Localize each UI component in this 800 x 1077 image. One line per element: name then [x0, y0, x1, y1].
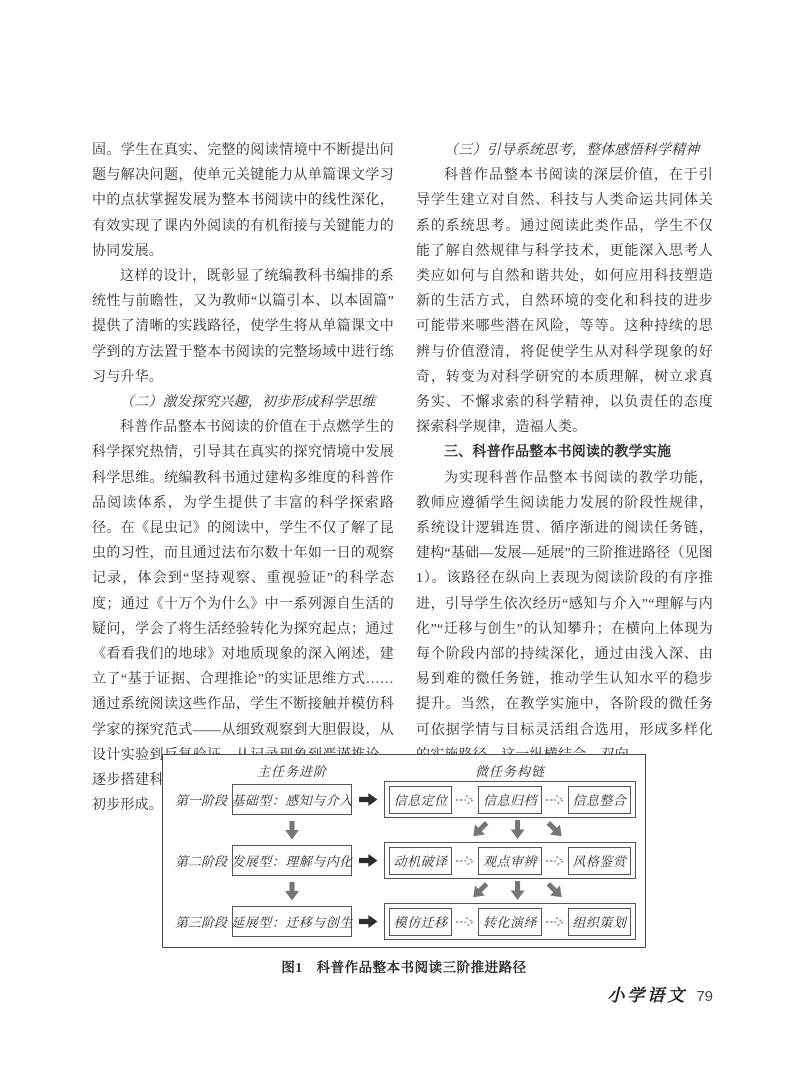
main-task-box: 延展型：迁移与创生 — [232, 906, 352, 937]
down-left-arrow-icon — [468, 818, 491, 841]
figure-1-diagram: 主任务进阶 微任务构链 第一阶段 基础型：感知与介入 信息定位 信息归档 信息整… — [162, 754, 646, 948]
micro-task-box: 模仿迁移 — [389, 908, 452, 936]
diagram-row-stage-2: 第二阶段 发展型：理解与内化 动机破译 观点审辨 风格鉴赏 — [172, 842, 636, 879]
paragraph: 为实现科普作品整本书阅读的教学功能，教师应遵循学生阅读能力发展的阶段性规律，系统… — [416, 466, 713, 768]
dashed-right-arrow-icon — [542, 915, 568, 929]
micro-task-group: 模仿迁移 转化演绎 组织策划 — [384, 903, 636, 940]
micro-task-box: 转化演绎 — [478, 908, 541, 936]
page-footer: 小学语文 79 — [607, 981, 713, 1006]
diagram-row-stage-1: 第一阶段 基础型：感知与介入 信息定位 信息归档 信息整合 — [172, 781, 636, 818]
journal-name: 小学语文 — [607, 981, 687, 1006]
micro-task-group: 信息定位 信息归档 信息整合 — [384, 781, 636, 818]
micro-task-box: 组织策划 — [568, 908, 631, 936]
left-column: 固。学生在真实、完整的阅读情境中不断提出问题与解决问题，使单元关键能力从单篇课文… — [92, 138, 394, 818]
down-right-arrow-icon — [544, 879, 567, 902]
dashed-right-arrow-icon — [452, 854, 478, 868]
down-arrow-icon — [511, 820, 525, 839]
diagram-connectors — [172, 818, 636, 842]
main-task-column-header: 主任务进阶 — [232, 761, 352, 780]
paragraph: 这样的设计，既彰显了统编教科书编排的系统性与前瞻性，又为教师“以篇引本、以本固篇… — [92, 264, 394, 390]
down-arrow-icon — [511, 881, 525, 900]
right-arrow-icon — [359, 793, 378, 806]
diagram-header: 主任务进阶 微任务构链 — [172, 759, 636, 781]
down-left-arrow-icon — [468, 879, 491, 902]
diagram-row-stage-3: 第三阶段 延展型：迁移与创生 模仿迁移 转化演绎 组织策划 — [172, 903, 636, 940]
paragraph: 固。学生在真实、完整的阅读情境中不断提出问题与解决问题，使单元关键能力从单篇课文… — [92, 138, 394, 264]
main-task-box: 发展型：理解与内化 — [232, 845, 352, 876]
section-heading: 三、科普作品整本书阅读的教学实施 — [416, 440, 713, 465]
dashed-right-arrow-icon — [452, 915, 478, 929]
micro-task-box: 观点审辨 — [478, 847, 541, 875]
sub-heading-3: （三）引导系统思考，整体感悟科学精神 — [416, 138, 713, 163]
micro-task-column-header: 微任务构链 — [384, 761, 636, 780]
micro-task-box: 信息整合 — [568, 786, 631, 814]
micro-task-group: 动机破译 观点审辨 风格鉴赏 — [384, 842, 636, 879]
down-right-arrow-icon — [544, 818, 567, 841]
right-arrow-icon — [359, 854, 378, 867]
dashed-right-arrow-icon — [452, 793, 478, 807]
micro-task-box: 动机破译 — [389, 847, 452, 875]
journal-page: 固。学生在真实、完整的阅读情境中不断提出问题与解决问题，使单元关键能力从单篇课文… — [0, 0, 800, 1077]
down-arrow-icon — [285, 882, 299, 901]
figure-caption: 图1 科普作品整本书阅读三阶推进路径 — [162, 956, 646, 976]
main-task-box: 基础型：感知与介入 — [232, 784, 352, 815]
micro-task-box: 信息归档 — [478, 786, 541, 814]
stage-label: 第一阶段 — [172, 790, 230, 809]
right-arrow-icon — [359, 915, 378, 928]
micro-task-box: 信息定位 — [389, 786, 452, 814]
down-arrow-icon — [285, 821, 299, 840]
micro-task-box: 风格鉴赏 — [568, 847, 631, 875]
right-column: （三）引导系统思考，整体感悟科学精神 科普作品整本书阅读的深层价值，在于引导学生… — [416, 138, 713, 768]
dashed-right-arrow-icon — [542, 854, 568, 868]
stage-label: 第二阶段 — [172, 851, 230, 870]
dashed-right-arrow-icon — [542, 793, 568, 807]
page-number: 79 — [696, 988, 713, 1005]
sub-heading-2: （二）激发探究兴趣，初步形成科学思维 — [92, 390, 394, 415]
stage-label: 第三阶段 — [172, 912, 230, 931]
paragraph: 科普作品整本书阅读的深层价值，在于引导学生建立对自然、科技与人类命运共同体关系的… — [416, 163, 713, 440]
diagram-connectors — [172, 879, 636, 903]
